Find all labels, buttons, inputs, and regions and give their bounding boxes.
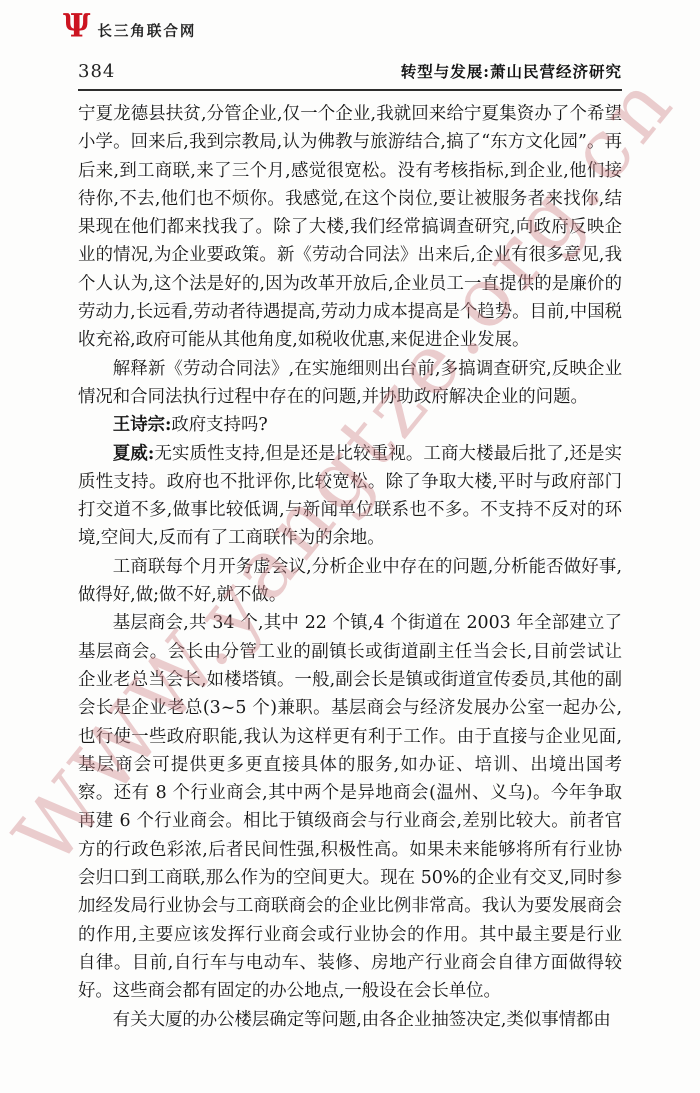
site-logo: Ψ 长三角联合网 bbox=[63, 12, 196, 42]
speaker-name: 夏威: bbox=[113, 444, 155, 464]
paragraph-text: 工商联每个月开务虚会议,分析企业中存在的问题,分析能否做好事,做得好,做;做不好… bbox=[78, 557, 622, 605]
paragraph-text: 基层商会,共 34 个,其中 22 个镇,4 个街道在 2003 年全部建立了基… bbox=[78, 613, 622, 1001]
paragraph: 王诗宗:政府支持吗? bbox=[78, 411, 622, 439]
paragraph: 宁夏龙德县扶贫,分管企业,仅一个企业,我就回来给宁夏集资办了个希望小学。回来后,… bbox=[78, 100, 622, 355]
paragraph-text: 解释新《劳动合同法》,在实施细则出台前,多搞调查研究,反映企业情况和合同法执行过… bbox=[78, 359, 622, 407]
paragraph-text: 政府支持吗? bbox=[171, 415, 267, 435]
paragraph: 工商联每个月开务虚会议,分析企业中存在的问题,分析能否做好事,做得好,做;做不好… bbox=[78, 553, 622, 610]
book-title: 转型与发展:萧山民营经济研究 bbox=[401, 60, 622, 82]
running-head: 384 转型与发展:萧山民营经济研究 bbox=[78, 60, 622, 82]
trident-logo-icon: Ψ bbox=[63, 11, 90, 43]
body-text: 宁夏龙德县扶贫,分管企业,仅一个企业,我就回来给宁夏集资办了个希望小学。回来后,… bbox=[78, 100, 622, 1034]
page-number: 384 bbox=[78, 61, 115, 82]
paragraph: 夏威:无实质性支持,但是还是比较重视。工商大楼最后批了,还是实质性支持。政府也不… bbox=[78, 440, 622, 553]
paragraph-text: 宁夏龙德县扶贫,分管企业,仅一个企业,我就回来给宁夏集资办了个希望小学。回来后,… bbox=[78, 104, 622, 350]
paragraph: 有关大厦的办公楼层确定等问题,由各企业抽签决定,类似事情都由 bbox=[78, 1006, 622, 1034]
speaker-name: 王诗宗: bbox=[113, 415, 172, 435]
paragraph: 基层商会,共 34 个,其中 22 个镇,4 个街道在 2003 年全部建立了基… bbox=[78, 609, 622, 1005]
paragraph-text: 无实质性支持,但是还是比较重视。工商大楼最后批了,还是实质性支持。政府也不批评你… bbox=[78, 444, 622, 549]
paragraph: 解释新《劳动合同法》,在实施细则出台前,多搞调查研究,反映企业情况和合同法执行过… bbox=[78, 355, 622, 412]
paragraph-text: 有关大厦的办公楼层确定等问题,由各企业抽签决定,类似事情都由 bbox=[113, 1010, 611, 1030]
header-rule bbox=[78, 89, 622, 91]
site-name: 长三角联合网 bbox=[97, 14, 196, 41]
book-page: Ψ 长三角联合网 384 转型与发展:萧山民营经济研究 宁夏龙德县扶贫,分管企业… bbox=[0, 0, 700, 1093]
